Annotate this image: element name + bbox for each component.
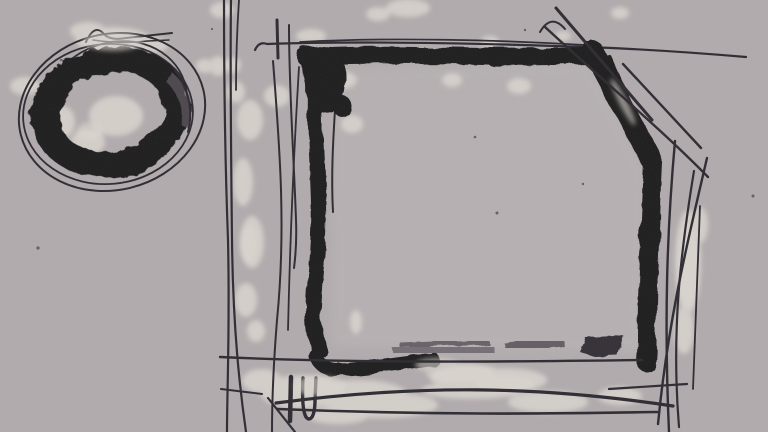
ink-drawing	[0, 0, 768, 432]
paper-grain	[0, 0, 768, 432]
artwork-canvas	[0, 0, 768, 432]
